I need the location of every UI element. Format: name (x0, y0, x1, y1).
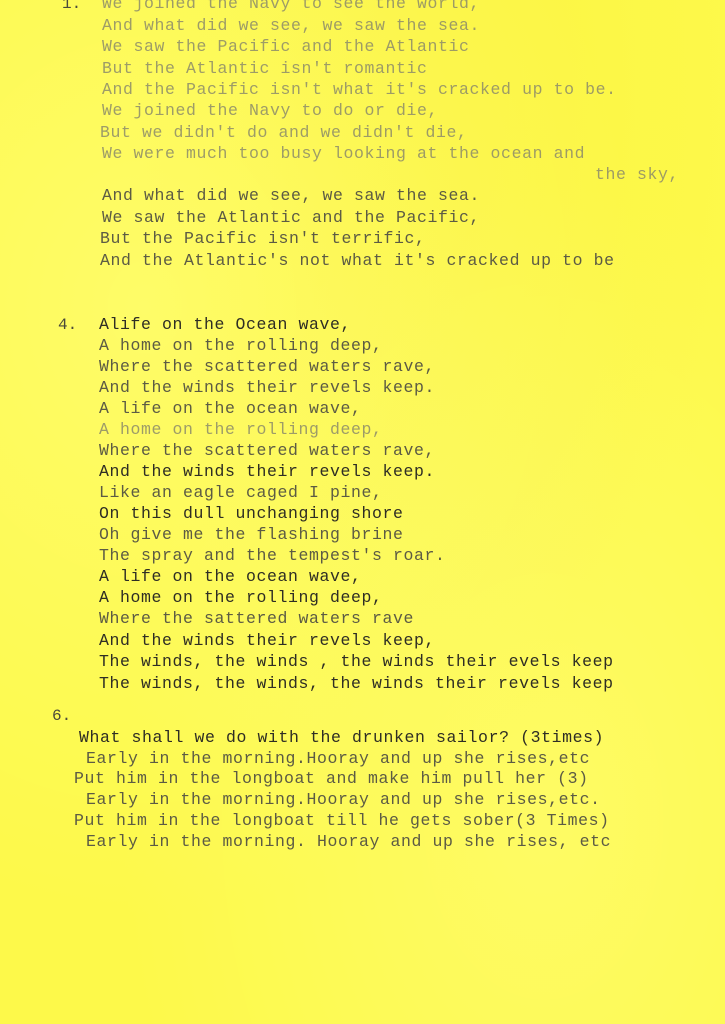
lyric-line: What shall we do with the drunken sailor… (79, 728, 604, 748)
lyric-line: Where the scattered waters rave, (99, 357, 435, 377)
lyric-line: We were much too busy looking at the oce… (102, 144, 585, 164)
lyric-line: Oh give me the flashing brine (99, 525, 404, 545)
lyric-line: Where the scattered waters rave, (99, 441, 435, 461)
lyric-line: On this dull unchanging shore (99, 504, 404, 524)
lyric-line: The winds, the winds , the winds their e… (99, 652, 614, 672)
section-number: 1. (62, 0, 81, 14)
lyric-line: A life on the ocean wave, (99, 399, 362, 419)
lyric-line: the sky, (595, 165, 679, 185)
lyric-line: And the Atlantic's not what it's cracked… (100, 251, 615, 271)
lyric-line: Early in the morning.Hooray and up she r… (86, 790, 601, 810)
lyric-line: A home on the rolling deep, (99, 336, 383, 356)
lyric-line: A home on the rolling deep, (99, 420, 383, 440)
lyric-line: Early in the morning.Hooray and up she r… (86, 749, 590, 769)
section-number: 6. (52, 706, 71, 726)
lyric-line: We saw the Atlantic and the Pacific, (102, 208, 480, 228)
lyric-line: We joined the Navy to see the world, (102, 0, 480, 14)
lyric-line: And what did we see, we saw the sea. (102, 16, 480, 36)
lyric-line: We saw the Pacific and the Atlantic (102, 37, 470, 57)
lyric-line: Alife on the Ocean wave, (99, 315, 351, 335)
lyric-line: But the Atlantic isn't romantic (102, 59, 428, 79)
lyric-line: Early in the morning. Hooray and up she … (86, 832, 611, 852)
lyric-line: But the Pacific isn't terrific, (100, 229, 426, 249)
lyric-line: We joined the Navy to do or die, (102, 101, 438, 121)
lyric-line: Like an eagle caged I pine, (99, 483, 383, 503)
lyric-line: A life on the ocean wave, (99, 567, 362, 587)
lyric-line: And what did we see, we saw the sea. (102, 186, 480, 206)
lyric-line: And the winds their revels keep. (99, 462, 435, 482)
lyric-line: Where the sattered waters rave (99, 609, 414, 629)
lyric-line: And the Pacific isn't what it's cracked … (102, 80, 617, 100)
lyric-line: A home on the rolling deep, (99, 588, 383, 608)
lyric-line: The winds, the winds, the winds their re… (99, 674, 614, 694)
typewritten-page: 1. We joined the Navy to see the world, … (0, 0, 725, 1024)
lyric-line: Put him in the longboat and make him pul… (74, 769, 589, 789)
lyric-line: The spray and the tempest's roar. (99, 546, 446, 566)
lyric-line: And the winds their revels keep. (99, 378, 435, 398)
lyric-line: Put him in the longboat till he gets sob… (74, 811, 610, 831)
lyric-line: And the winds their revels keep, (99, 631, 435, 651)
lyric-line: But we didn't do and we didn't die, (100, 123, 468, 143)
section-number: 4. (58, 315, 77, 335)
